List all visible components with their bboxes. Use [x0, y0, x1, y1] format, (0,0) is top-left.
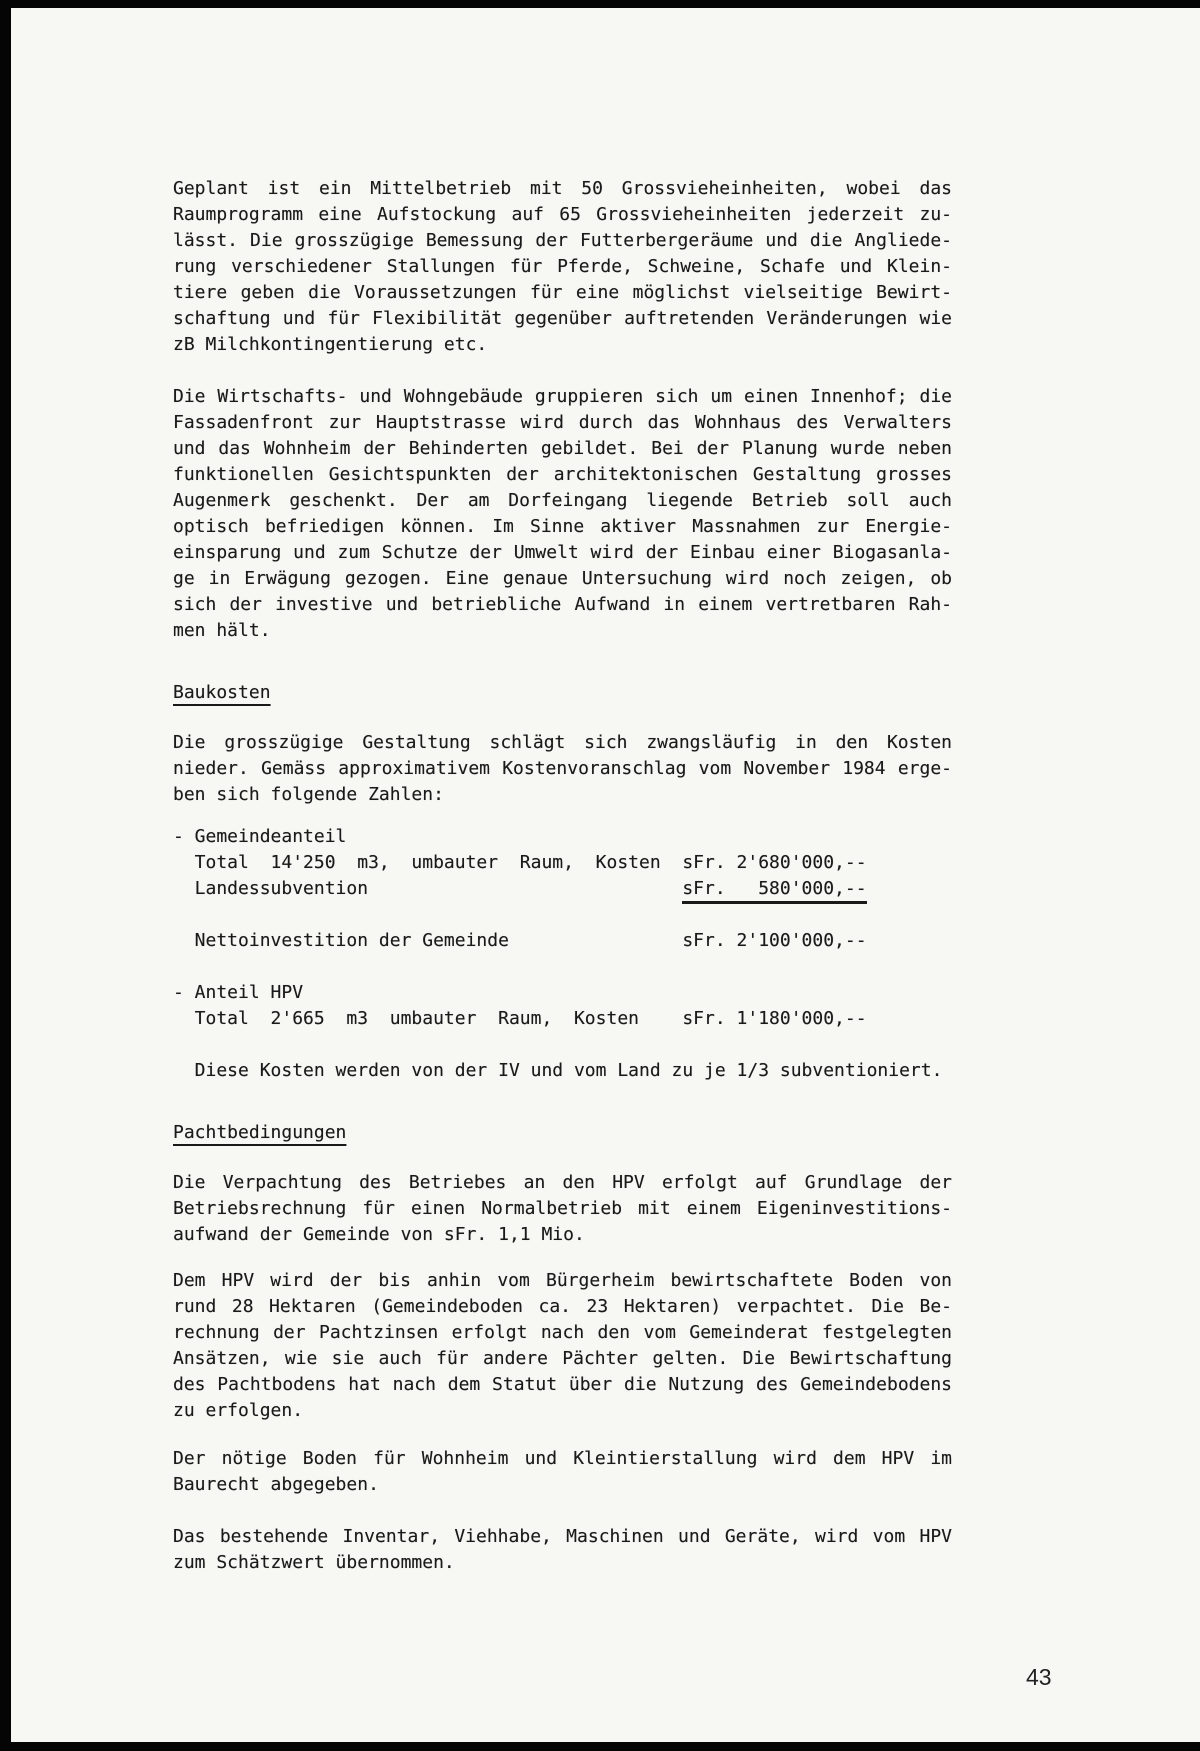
paragraph-boden: Dem HPV wird der bis anhin vom Bürgerhei…: [173, 1268, 952, 1424]
cost-line: - Gemeindeanteil: [173, 824, 952, 850]
text-line: rung verschiedener Stallungen für Pferde…: [173, 254, 952, 280]
text-line: Betriebsrechnung für einen Normalbetrieb…: [173, 1196, 952, 1222]
page-number: 43: [1026, 1664, 1052, 1691]
paragraph-baurecht: Der nötige Boden für Wohnheim und Kleint…: [173, 1446, 952, 1498]
cost-line: Nettoinvestition der Gemeinde sFr. 2'100…: [173, 928, 952, 954]
paragraph-buildings: Die Wirtschafts- und Wohngebäude gruppie…: [173, 384, 952, 644]
cost-line-text: - Gemeindeanteil: [173, 826, 346, 847]
paragraph-intro: Geplant ist ein Mittelbetrieb mit 50 Gro…: [173, 176, 952, 358]
heading-pachtbedingungen-title: Pachtbedingungen: [173, 1120, 346, 1146]
text-line: zu erfolgen.: [173, 1398, 952, 1424]
scan-border-left: [0, 0, 11, 1751]
text-line: Baurecht abgegeben.: [173, 1472, 952, 1498]
paragraph-verpachtung: Die Verpachtung des Betriebes an den HPV…: [173, 1170, 952, 1248]
text-line: und das Wohnheim der Behinderten gebilde…: [173, 436, 952, 462]
text-line: des Pachtbodens hat nach dem Statut über…: [173, 1372, 952, 1398]
cost-line-text: Total 2'665 m3 umbauter Raum, Kosten sFr…: [173, 1008, 867, 1029]
subtotal-amount-underlined: sFr. 580'000,--: [682, 878, 866, 904]
scan-border-bottom: [0, 1742, 1200, 1751]
text-line: Dem HPV wird der bis anhin vom Bürgerhei…: [173, 1268, 952, 1294]
text-line: Augenmerk geschenkt. Der am Dorfeingang …: [173, 488, 952, 514]
text-line: sich der investive und betriebliche Aufw…: [173, 592, 952, 618]
paragraph-inventar: Das bestehende Inventar, Viehhabe, Masch…: [173, 1524, 952, 1576]
text-line: Raumprogramm eine Aufstockung auf 65 Gro…: [173, 202, 952, 228]
cost-line-text: - Anteil HPV: [173, 982, 303, 1003]
text-line: einsparung und zum Schutze der Umwelt wi…: [173, 540, 952, 566]
text-line: rechnung der Pachtzinsen erfolgt nach de…: [173, 1320, 952, 1346]
cost-line-text: Total 14'250 m3, umbauter Raum, Kosten s…: [173, 852, 867, 873]
text-line: Die Wirtschafts- und Wohngebäude gruppie…: [173, 384, 952, 410]
scan-border-top: [0, 0, 1200, 8]
text-line: Der nötige Boden für Wohnheim und Kleint…: [173, 1446, 952, 1472]
heading-baukosten: Baukosten: [173, 680, 952, 706]
text-line: tiere geben die Voraussetzungen für eine…: [173, 280, 952, 306]
cost-line: - Anteil HPV: [173, 980, 952, 1006]
text-line: Fassadenfront zur Hauptstrasse wird durc…: [173, 410, 952, 436]
cost-line: Total 2'665 m3 umbauter Raum, Kosten sFr…: [173, 1006, 952, 1032]
cost-line: [173, 902, 952, 928]
cost-line-text: Diese Kosten werden von der IV und vom L…: [173, 1060, 942, 1081]
cost-line: Landessubvention sFr. 580'000,--: [173, 876, 952, 902]
text-line: ben sich folgende Zahlen:: [173, 782, 952, 808]
text-line: Die Verpachtung des Betriebes an den HPV…: [173, 1170, 952, 1196]
cost-line: [173, 1032, 952, 1058]
text-line: men hält.: [173, 618, 952, 644]
document-content: Geplant ist ein Mittelbetrieb mit 50 Gro…: [173, 176, 952, 1576]
paragraph-baukosten-intro: Die grosszügige Gestaltung schlägt sich …: [173, 730, 952, 808]
text-line: rund 28 Hektaren (Gemeindeboden ca. 23 H…: [173, 1294, 952, 1320]
text-line: zB Milchkontingentierung etc.: [173, 332, 952, 358]
heading-pachtbedingungen: Pachtbedingungen: [173, 1120, 952, 1146]
cost-line: Total 14'250 m3, umbauter Raum, Kosten s…: [173, 850, 952, 876]
cost-breakdown: - Gemeindeanteil Total 14'250 m3, umbaut…: [173, 824, 952, 1084]
cost-line: Diese Kosten werden von der IV und vom L…: [173, 1058, 952, 1084]
text-line: aufwand der Gemeinde von sFr. 1,1 Mio.: [173, 1222, 952, 1248]
text-line: funktionellen Gesichtspunkten der archit…: [173, 462, 952, 488]
text-line: Geplant ist ein Mittelbetrieb mit 50 Gro…: [173, 176, 952, 202]
cost-line-text: Landessubvention: [173, 878, 682, 899]
text-line: zum Schätzwert übernommen.: [173, 1550, 952, 1576]
text-line: Das bestehende Inventar, Viehhabe, Masch…: [173, 1524, 952, 1550]
text-line: schaftung und für Flexibilität gegenüber…: [173, 306, 952, 332]
cost-line: [173, 954, 952, 980]
text-line: lässt. Die grosszügige Bemessung der Fut…: [173, 228, 952, 254]
cost-line-text: Nettoinvestition der Gemeinde sFr. 2'100…: [173, 930, 867, 951]
text-line: Ansätzen, wie sie auch für andere Pächte…: [173, 1346, 952, 1372]
text-line: optisch befriedigen können. Im Sinne akt…: [173, 514, 952, 540]
text-line: ge in Erwägung gezogen. Eine genaue Unte…: [173, 566, 952, 592]
text-line: nieder. Gemäss approximativem Kostenvora…: [173, 756, 952, 782]
text-line: Die grosszügige Gestaltung schlägt sich …: [173, 730, 952, 756]
heading-baukosten-title: Baukosten: [173, 680, 271, 706]
